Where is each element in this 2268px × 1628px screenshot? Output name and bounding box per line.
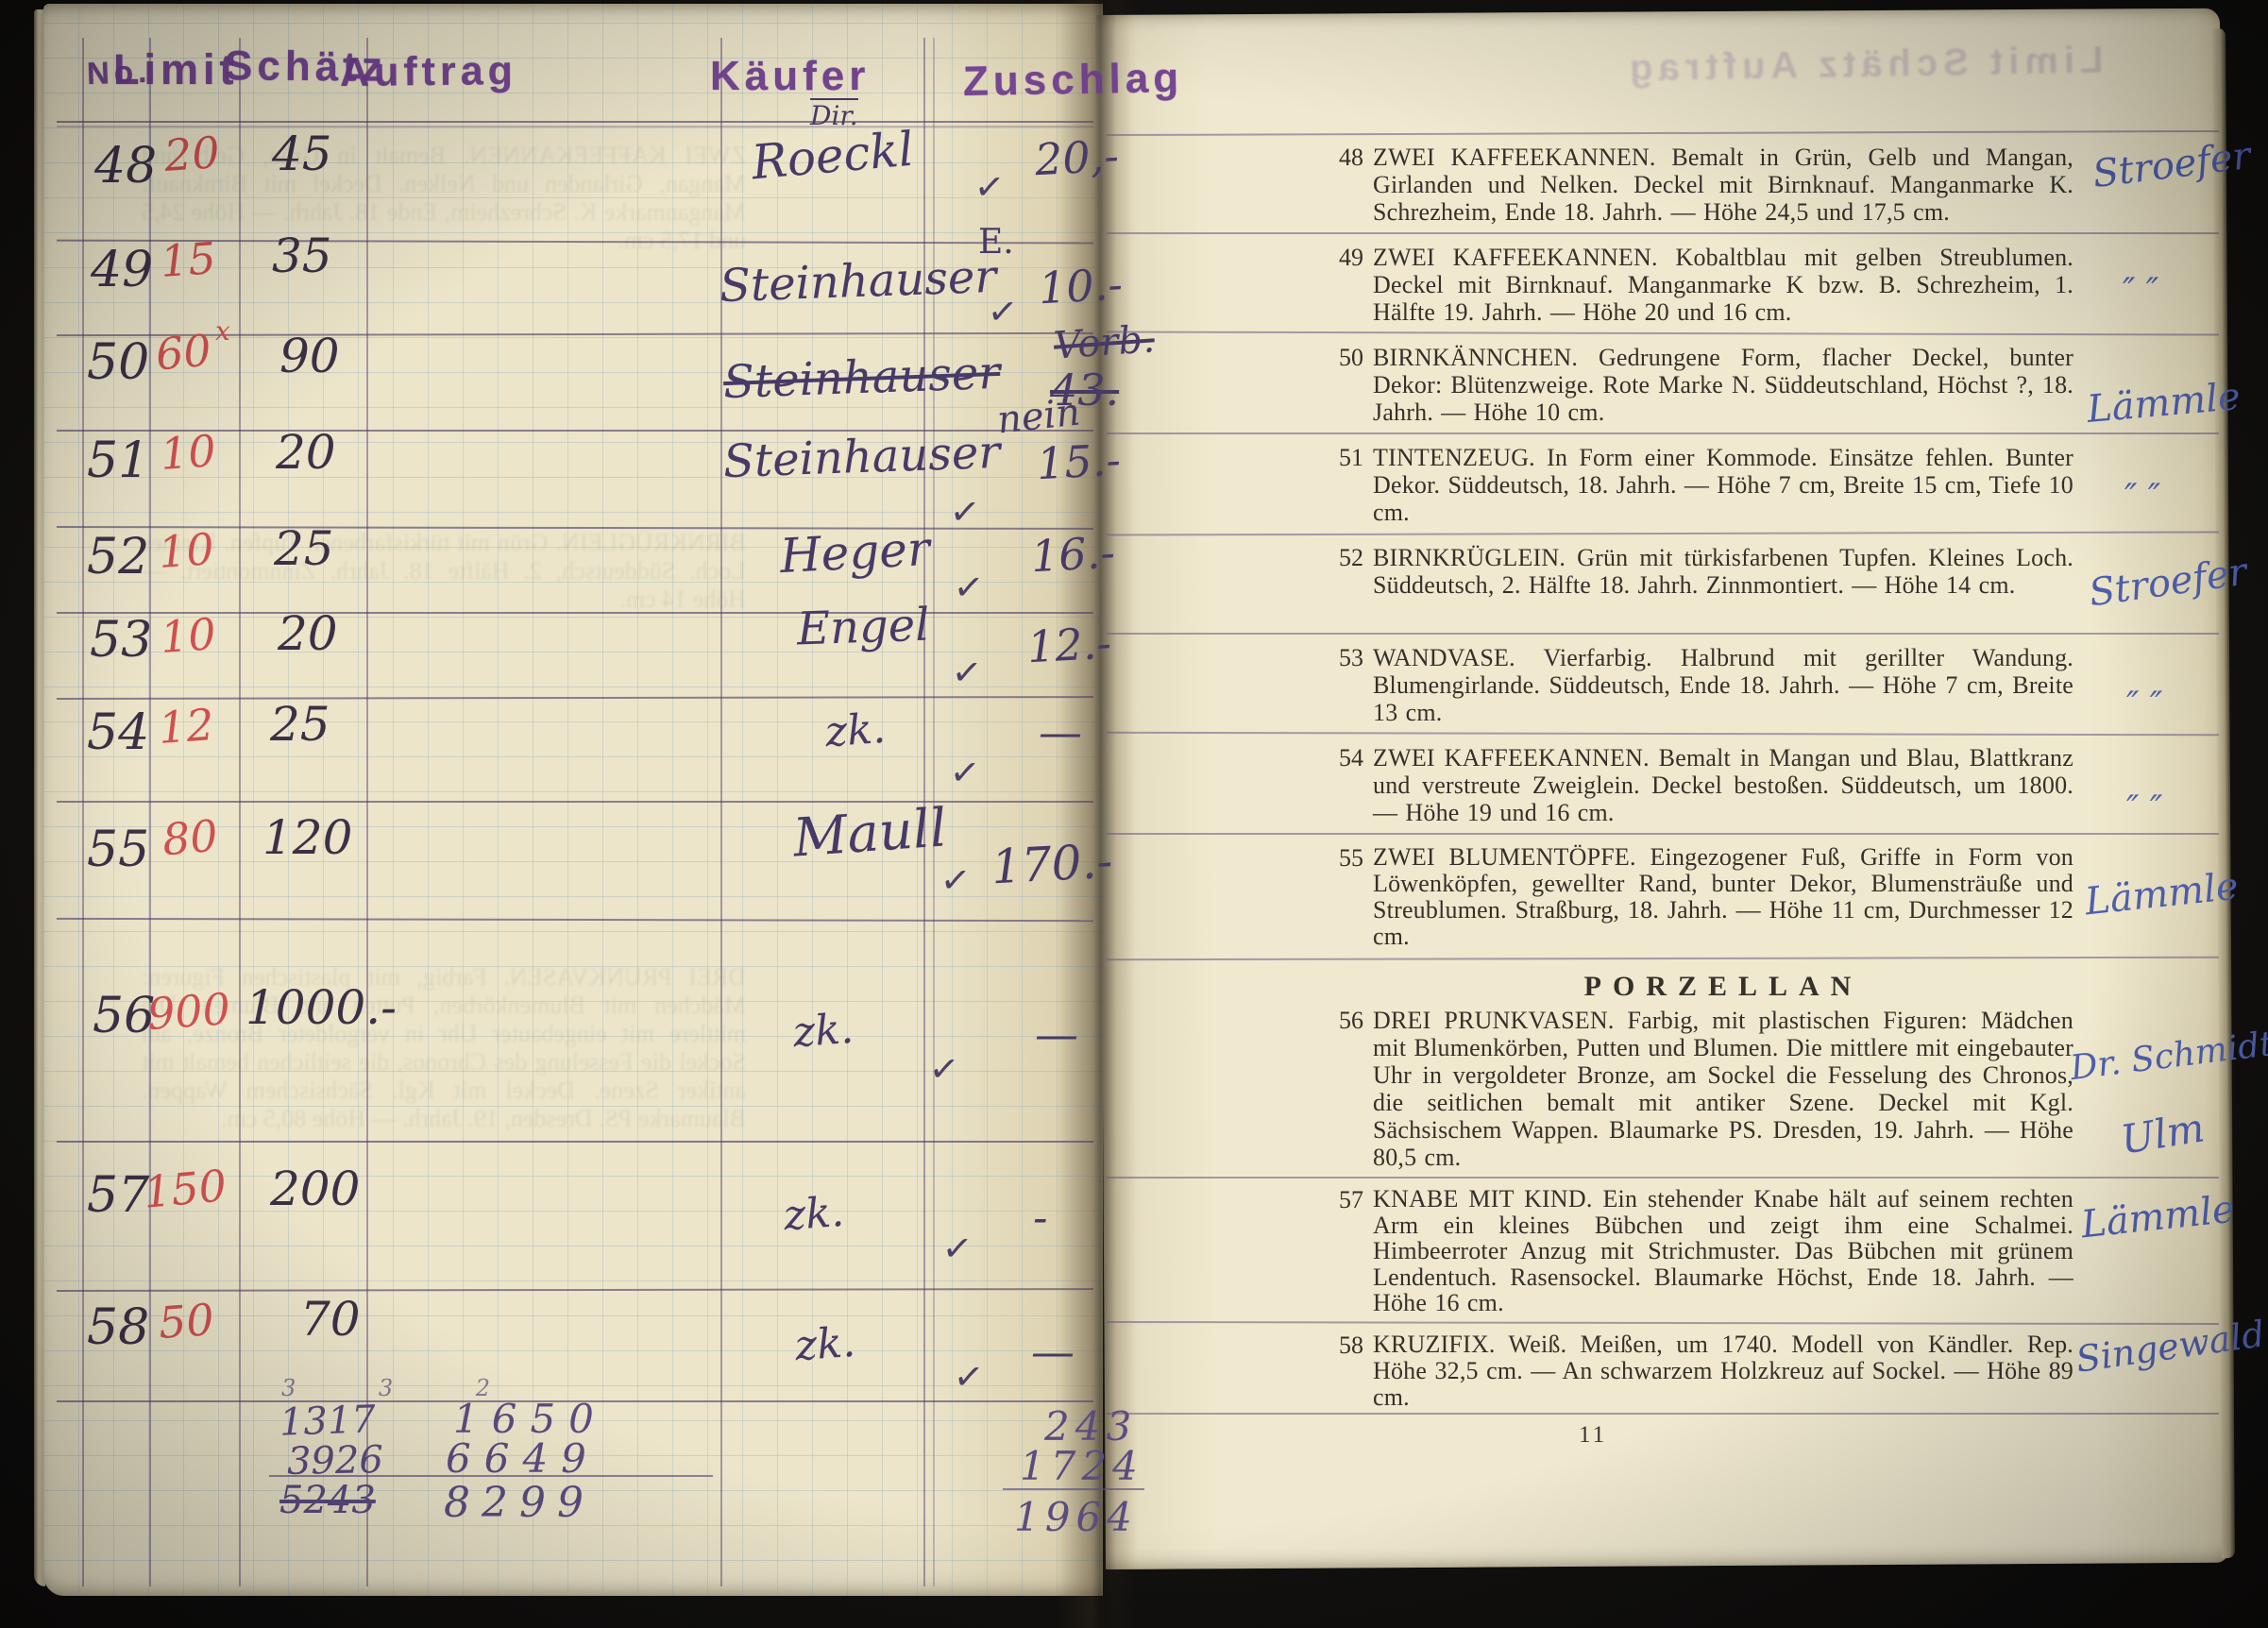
lot-number: 50 bbox=[87, 334, 149, 391]
limit-superscript: x bbox=[215, 315, 230, 347]
limit-value: 10 bbox=[157, 523, 215, 578]
row-separator bbox=[57, 1141, 1093, 1143]
buyer-name: zk. bbox=[793, 1318, 856, 1370]
zuschlag-value: 20,- bbox=[1034, 130, 1120, 186]
entry-number: 48 bbox=[1320, 144, 1363, 172]
checkmark: ✓ bbox=[986, 289, 1020, 333]
entry-separator bbox=[1107, 833, 2219, 835]
row-separator bbox=[57, 121, 1093, 123]
catalog-entry: TINTENZEUG. In Form einer Kommode. Einsä… bbox=[1373, 444, 2073, 526]
entry-number: 55 bbox=[1320, 844, 1363, 873]
column-rule bbox=[239, 38, 241, 1586]
lot-number: 48 bbox=[94, 138, 157, 195]
catalog-entry: WANDVASE. Vierfarbig. Halbrund mit geril… bbox=[1373, 644, 2073, 726]
checkmark: ✓ bbox=[973, 164, 1007, 209]
limit-value: 150 bbox=[142, 1160, 228, 1217]
schaetz-value: 120 bbox=[262, 810, 352, 865]
catalog-entry: BIRNKRÜGLEIN. Grün mit türkisfarbenen Tu… bbox=[1373, 544, 2073, 599]
checkmark: ✓ bbox=[952, 1354, 986, 1399]
schaetz-value: 25 bbox=[274, 521, 334, 576]
entry-number: 57 bbox=[1320, 1186, 1363, 1214]
buyer-name: Heger bbox=[779, 521, 932, 584]
lot-number: 54 bbox=[87, 704, 149, 761]
calc-number: 1317 bbox=[279, 1398, 376, 1445]
catalog-entry: KNABE MIT KIND. Ein stehender Knabe hält… bbox=[1373, 1186, 2073, 1316]
buyer-name: Maull bbox=[791, 797, 949, 869]
lot-number: 53 bbox=[90, 612, 152, 669]
page-number: 11 bbox=[1579, 1422, 1607, 1449]
zuschlag-value: 15.- bbox=[1036, 434, 1122, 490]
ghost-stamp-offset: Limit Schätz Auftrag bbox=[1624, 40, 2104, 91]
checkmark: ✓ bbox=[939, 857, 973, 902]
entry-separator bbox=[1107, 1413, 2219, 1415]
schaetz-value: 1000.- bbox=[245, 980, 397, 1035]
entry-number: 53 bbox=[1320, 644, 1363, 672]
zuschlag-value: 16.- bbox=[1030, 527, 1116, 583]
column-rule bbox=[82, 38, 84, 1586]
entry-separator bbox=[1107, 432, 2219, 434]
entry-number: 52 bbox=[1320, 544, 1363, 572]
lot-number: 55 bbox=[87, 822, 149, 878]
header-zuschlag: Zuschlag bbox=[963, 55, 1184, 106]
section-heading: PORZELLAN bbox=[1373, 971, 2073, 1003]
schaetz-value: 20 bbox=[276, 425, 336, 480]
catalog-entry: ZWEI KAFFEEKANNEN. Bemalt in Grün, Gelb … bbox=[1373, 144, 2073, 226]
zuschlag-struck: Vorb. bbox=[1053, 317, 1157, 367]
calc-sum-line bbox=[269, 1475, 713, 1477]
limit-value: 50 bbox=[157, 1294, 215, 1348]
entry-number: 54 bbox=[1320, 744, 1363, 772]
schaetz-value: 70 bbox=[300, 1292, 361, 1347]
total-subtotal: 1724 bbox=[1020, 1443, 1143, 1489]
header-kaeufer: Käufer bbox=[710, 53, 870, 100]
total-sum-line bbox=[1003, 1488, 1144, 1490]
checkmark: ✓ bbox=[950, 650, 984, 694]
zuschlag-value: 10.- bbox=[1038, 259, 1124, 314]
auction-ledger-photo: ZWEI KAFFEEKANNEN. Bemalt in Grün, Gelb … bbox=[0, 0, 2268, 1628]
margin-annotation-ditto: ″ ″ bbox=[2126, 686, 2162, 724]
calc-number: 8299 bbox=[444, 1479, 595, 1527]
limit-value: 20 bbox=[162, 127, 221, 181]
buyer-name: zk. bbox=[823, 704, 887, 756]
schaetz-value: 200 bbox=[270, 1162, 360, 1216]
header-auftrag: Auftrag bbox=[340, 48, 517, 96]
zuschlag-value: — bbox=[1035, 1009, 1078, 1060]
lot-number: 51 bbox=[87, 432, 149, 489]
schaetz-value: 25 bbox=[270, 697, 330, 752]
entry-separator bbox=[1107, 232, 2219, 234]
buyer-name: Steinhauser bbox=[719, 250, 997, 313]
zuschlag-value: 12.- bbox=[1026, 618, 1112, 673]
lot-number: 57 bbox=[87, 1167, 149, 1224]
catalog-entry: DREI PRUNKVASEN. Farbig, mit plastischen… bbox=[1373, 1007, 2073, 1171]
buyer-name: Steinhauser bbox=[722, 426, 1001, 488]
limit-value: 10 bbox=[159, 608, 217, 663]
checkmark: ✓ bbox=[952, 565, 986, 609]
catalog-entry: ZWEI BLUMENTÖPFE. Eingezogener Fuß, Grif… bbox=[1373, 844, 2073, 950]
zuschlag-value: 170.- bbox=[990, 834, 1114, 895]
catalog-entry: ZWEI KAFFEEKANNEN. Kobaltblau mit gelben… bbox=[1373, 244, 2073, 326]
entry-number: 51 bbox=[1320, 444, 1363, 472]
entry-separator bbox=[1107, 633, 2219, 635]
schaetz-value: 20 bbox=[278, 606, 338, 661]
limit-value: 12 bbox=[157, 699, 215, 754]
limit-value: 15 bbox=[159, 232, 217, 287]
limit-value: 10 bbox=[159, 425, 217, 480]
buyer-name-struck: Steinhauser bbox=[722, 347, 1001, 409]
lot-number: 49 bbox=[91, 242, 153, 298]
schaetz-value: 45 bbox=[272, 127, 332, 181]
entry-number: 50 bbox=[1320, 344, 1363, 372]
column-rule bbox=[366, 38, 368, 1586]
entry-number: 49 bbox=[1320, 244, 1363, 272]
lot-number: 58 bbox=[87, 1299, 149, 1356]
entry-number: 56 bbox=[1320, 1007, 1363, 1035]
checkmark: ✓ bbox=[948, 489, 982, 534]
catalog-entry: BIRNKÄNNCHEN. Gedrungene Form, flacher D… bbox=[1373, 344, 2073, 426]
zuschlag-value: - bbox=[1033, 1192, 1048, 1243]
limit-value: 80 bbox=[161, 810, 220, 866]
checkmark: ✓ bbox=[940, 1226, 974, 1270]
entry-number: 58 bbox=[1320, 1331, 1363, 1360]
buyer-name: zk. bbox=[791, 1005, 855, 1057]
book-crease bbox=[1056, 0, 1137, 1628]
catalog-entry: KRUZIFIX. Weiß. Meißen, um 1740. Modell … bbox=[1373, 1331, 2073, 1411]
schaetz-value: 35 bbox=[272, 229, 332, 283]
checkmark: ✓ bbox=[948, 750, 982, 794]
zuschlag-value: — bbox=[1031, 1326, 1075, 1377]
buyer-name: zk. bbox=[782, 1188, 845, 1240]
entry-separator bbox=[1107, 1177, 2219, 1179]
catalog-entry: ZWEI KAFFEEKANNEN. Bemalt in Mangan und … bbox=[1373, 744, 2073, 826]
zuschlag-value: — bbox=[1039, 706, 1082, 757]
checkmark: ✓ bbox=[927, 1046, 961, 1091]
header-limit: Limit bbox=[113, 45, 239, 94]
limit-value: 60 bbox=[154, 325, 213, 381]
margin-annotation-ditto: ″ ″ bbox=[2124, 478, 2160, 517]
zuschlag-note: nein bbox=[995, 391, 1082, 443]
schaetz-value: 90 bbox=[279, 329, 340, 383]
limit-value: 900 bbox=[145, 983, 231, 1040]
buyer-name: Engel bbox=[796, 599, 930, 656]
margin-annotation-ditto: ″ ″ bbox=[2126, 789, 2162, 828]
total-sum: 1964 bbox=[1014, 1494, 1138, 1540]
calc-number-struck: 5243 bbox=[279, 1479, 376, 1522]
lot-number: 52 bbox=[87, 529, 149, 585]
margin-annotation-ditto: ″ ″ bbox=[2123, 272, 2158, 311]
